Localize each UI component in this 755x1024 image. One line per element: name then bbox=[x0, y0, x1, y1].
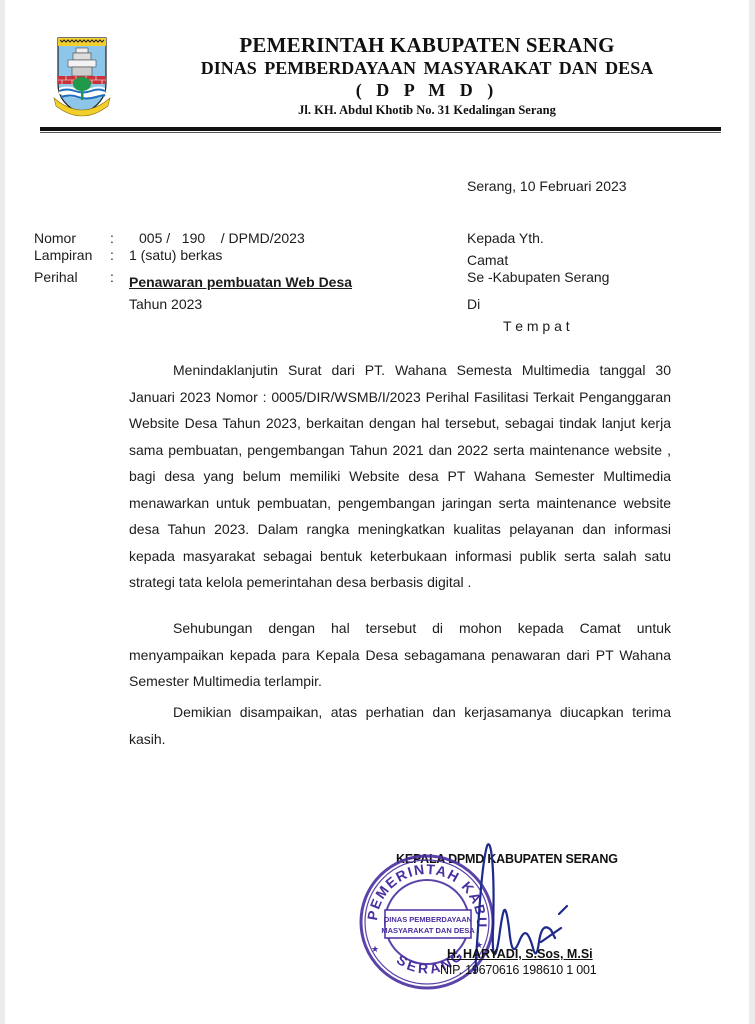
perihal-value: Penawaran pembuatan Web Desa bbox=[129, 273, 352, 291]
body-paragraph-3: Demikian disampaikan, atas perhatian dan… bbox=[129, 699, 671, 752]
letterhead: PEMERINTAH KABUPATEN SERANG DINAS PEMBER… bbox=[150, 33, 680, 119]
body-paragraph-1-text: Menindaklanjutin Surat dari PT. Wahana S… bbox=[129, 362, 671, 590]
letterhead-rule-thin bbox=[40, 132, 721, 133]
lampiran-label: Lampiran bbox=[34, 246, 92, 264]
body-paragraph-2-text: Sehubungan dengan hal tersebut di mohon … bbox=[129, 620, 671, 689]
recipient-di: Di bbox=[467, 295, 480, 313]
nomor-colon: : bbox=[110, 229, 114, 247]
signatory-name: H. HARYADI, S.Sos, M.Si bbox=[447, 947, 593, 961]
recipient-position: Camat bbox=[467, 251, 508, 269]
body-paragraph-2: Sehubungan dengan hal tersebut di mohon … bbox=[129, 615, 671, 695]
lampiran-colon: : bbox=[110, 246, 114, 264]
body-paragraph-3-text: Demikian disampaikan, atas perhatian dan… bbox=[129, 704, 671, 747]
recipient-salutation: Kepada Yth. bbox=[467, 229, 544, 247]
kabupaten-serang-emblem-icon bbox=[52, 32, 112, 118]
perihal-label: Perihal bbox=[34, 268, 78, 286]
page-edge-left bbox=[0, 0, 5, 1024]
recipient-area: Se -Kabupaten Serang bbox=[467, 268, 609, 286]
body-paragraph-1: Menindaklanjutin Surat dari PT. Wahana S… bbox=[129, 357, 671, 596]
letterhead-government: PEMERINTAH KABUPATEN SERANG bbox=[174, 33, 680, 57]
nomor-label: Nomor bbox=[34, 229, 76, 247]
letterhead-address: Jl. KH. Abdul Khotib No. 31 Kedalingan S… bbox=[174, 101, 680, 119]
letterhead-acronym: ( D P M D ) bbox=[174, 79, 680, 101]
signatory-nip: NIP. 19670616 198610 1 001 bbox=[440, 963, 597, 977]
letterhead-rule bbox=[40, 127, 721, 131]
page-edge-right bbox=[749, 0, 755, 1024]
recipient-place: T e m p a t bbox=[503, 317, 570, 335]
letterhead-agency: DINAS PEMBERDAYAAN MASYARAKAT DAN DESA bbox=[174, 57, 680, 79]
letter-date: Serang, 10 Februari 2023 bbox=[467, 177, 627, 195]
perihal-colon: : bbox=[110, 268, 114, 286]
svg-text:★: ★ bbox=[371, 944, 379, 954]
nomor-value: 005 / 190 / DPMD/2023 bbox=[139, 229, 305, 247]
lampiran-value: 1 (satu) berkas bbox=[129, 246, 222, 264]
perihal-value-year: Tahun 2023 bbox=[129, 295, 202, 313]
